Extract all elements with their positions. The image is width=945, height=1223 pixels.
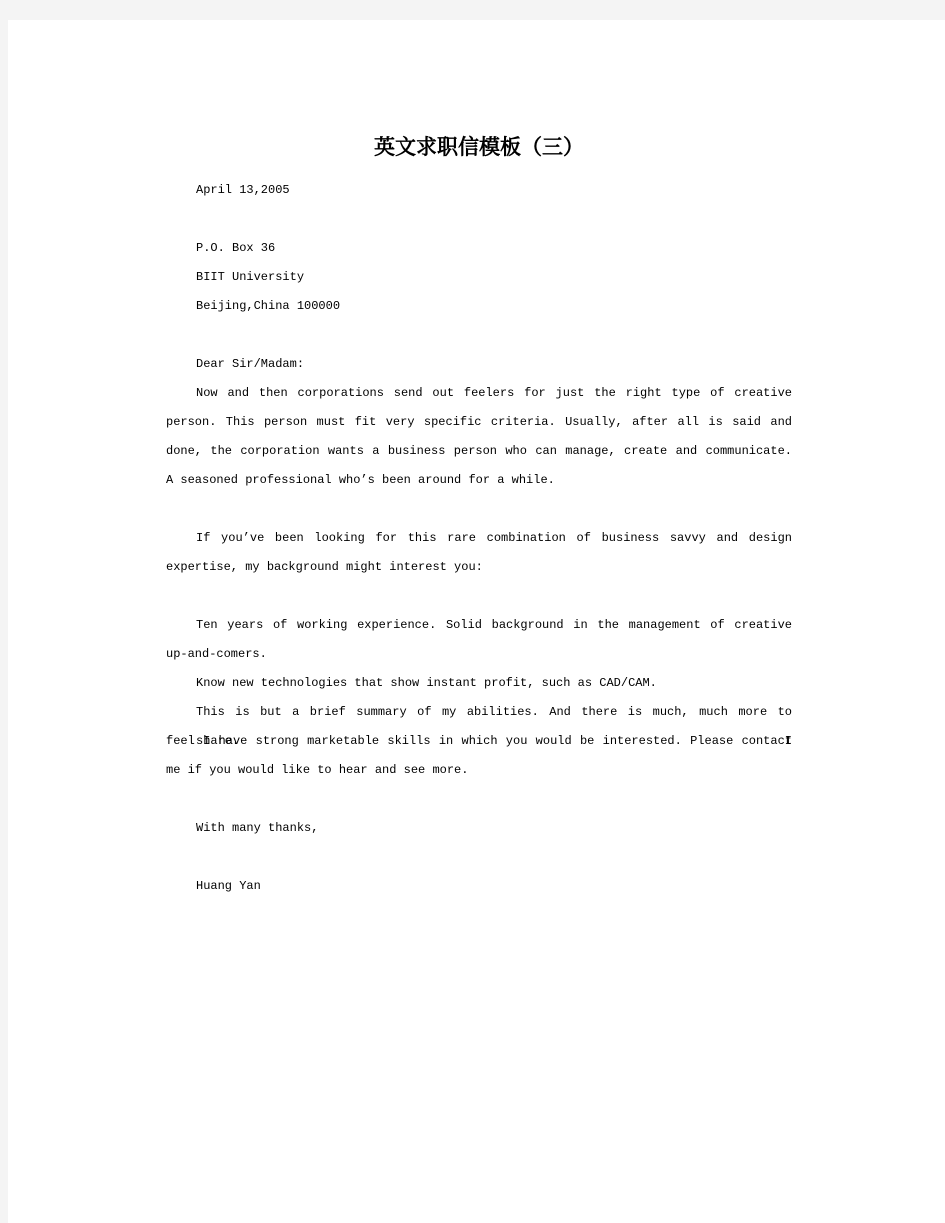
paragraph-line: A seasoned professional who’s been aroun… xyxy=(166,466,792,495)
paragraph-line: Ten years of working experience. Solid b… xyxy=(166,611,792,640)
paragraph-2: If you’ve been looking for this rare com… xyxy=(166,524,792,582)
paragraph-line: Now and then corporations send out feele… xyxy=(166,379,792,408)
paragraph-line: This is but a brief summary of my abilit… xyxy=(166,698,792,727)
paragraph-4: Know new technologies that show instant … xyxy=(166,669,792,698)
paragraph-line: up-and-comers. xyxy=(166,640,792,669)
closing-line: With many thanks, xyxy=(166,814,792,843)
address-line: Beijing,China 100000 xyxy=(166,292,792,321)
paragraph-line: Know new technologies that show instant … xyxy=(166,669,792,698)
paragraph-line: done, the corporation wants a business p… xyxy=(166,437,792,466)
document-page: 英文求职信模板（三） April 13,2005 P.O. Box 36 BII… xyxy=(8,20,945,1223)
paragraph-line: If you’ve been looking for this rare com… xyxy=(166,524,792,553)
paragraph-line: me if you would like to hear and see mor… xyxy=(166,756,792,785)
address-line: P.O. Box 36 xyxy=(166,234,792,263)
paragraph-5: This is but a brief summary of my abilit… xyxy=(166,698,792,785)
salutation-line: Dear Sir/Madam: xyxy=(166,350,792,379)
paragraph-3: Ten years of working experience. Solid b… xyxy=(166,611,792,669)
paragraph-line: feel I have strong marketable skills in … xyxy=(166,727,792,756)
letter-content: 英文求职信模板（三） April 13,2005 P.O. Box 36 BII… xyxy=(166,20,792,901)
signature-line: Huang Yan xyxy=(166,872,792,901)
address-line: BIIT University xyxy=(166,263,792,292)
document-title: 英文求职信模板（三） xyxy=(166,20,792,162)
paragraph-1: Now and then corporations send out feele… xyxy=(166,379,792,495)
sender-address-block: P.O. Box 36 BIIT University Beijing,Chin… xyxy=(166,234,792,321)
paragraph-line: expertise, my background might interest … xyxy=(166,553,792,582)
date-line: April 13,2005 xyxy=(166,176,792,205)
paragraph-line: person. This person must fit very specif… xyxy=(166,408,792,437)
